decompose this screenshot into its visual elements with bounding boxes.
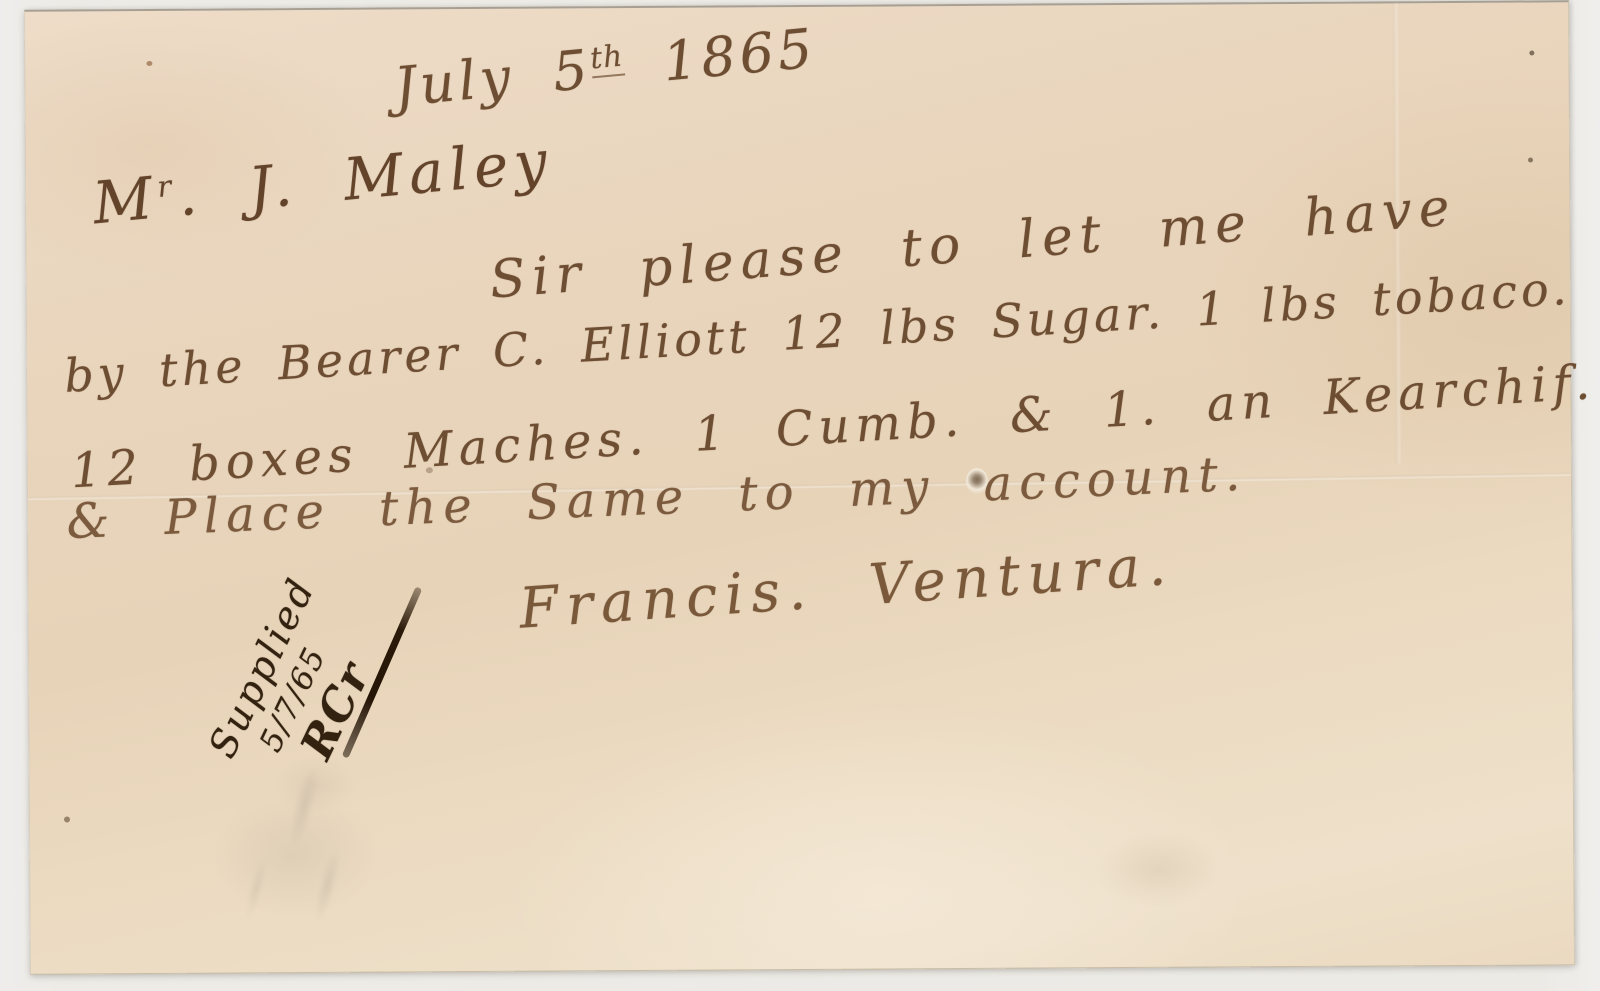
ink-speck: [146, 61, 152, 66]
signature-line: Francis. Ventura.: [517, 533, 1176, 642]
ink-speck: [1528, 158, 1533, 163]
salutation-title: M: [90, 163, 161, 237]
letter-paper: July 5th 1865 Mr. J. Maley Sir please to…: [24, 0, 1575, 974]
salutation-name: J. Maley: [199, 127, 555, 227]
date-ordinal: th: [589, 39, 625, 79]
ink-speck: [1529, 51, 1534, 56]
salutation-line: Mr. J. Maley: [90, 127, 556, 238]
ink-speck: [64, 816, 70, 822]
date-year: 1865: [621, 17, 819, 98]
date-line: July 5th 1865: [391, 17, 818, 119]
supplied-annotation-text: Supplied 5/7/65 RCr: [199, 532, 424, 805]
supplied-annotation: Supplied 5/7/65 RCr: [146, 507, 478, 829]
date-main: July 5: [391, 38, 594, 119]
scan-background: July 5th 1865 Mr. J. Maley Sir please to…: [0, 0, 1600, 991]
